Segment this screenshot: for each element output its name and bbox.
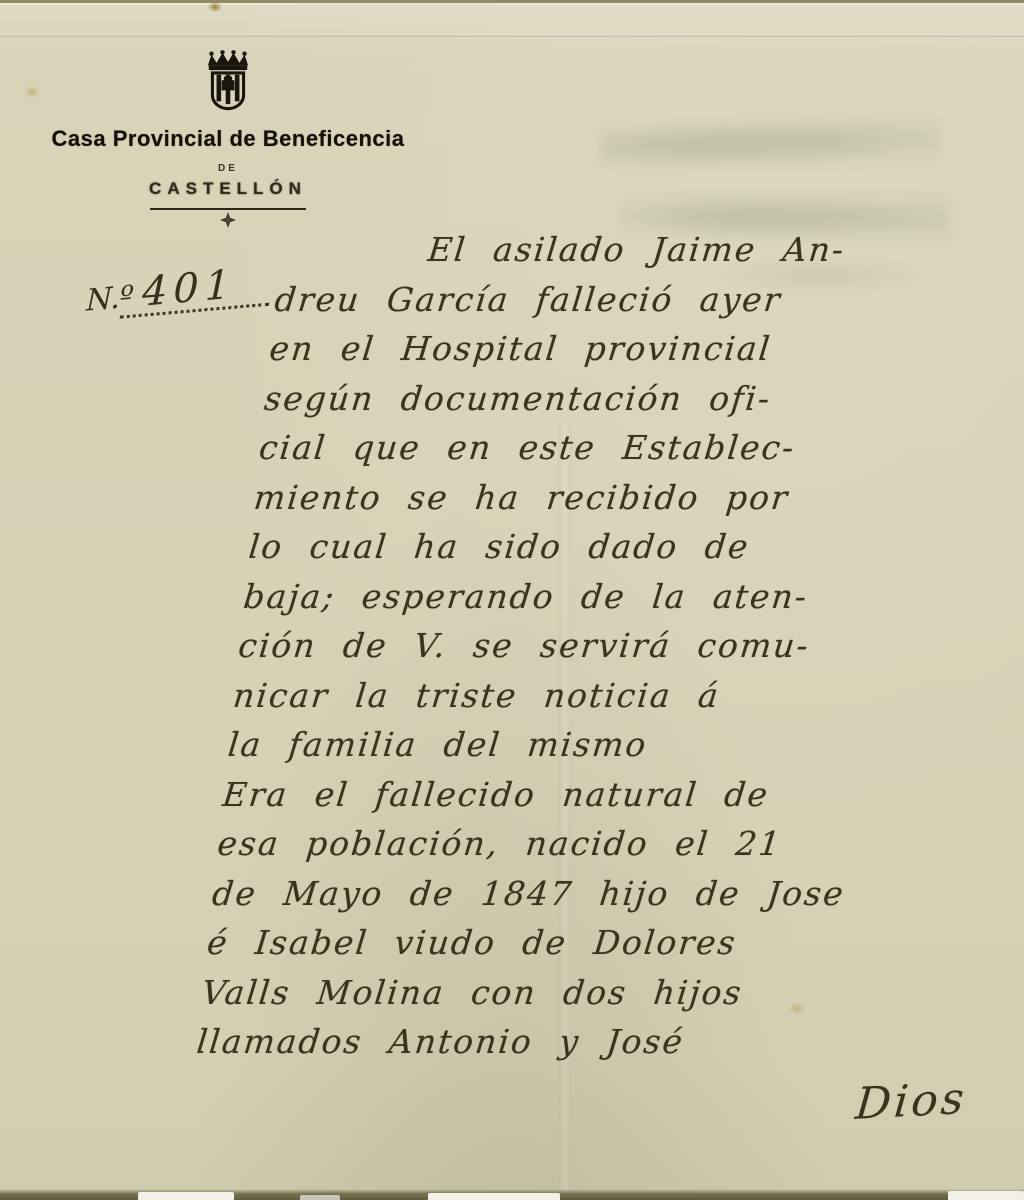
handwritten-line: ción de V. se servirá comu- — [235, 626, 1024, 676]
signature: Dios — [853, 1073, 969, 1130]
handwritten-line: llamados Antonio y José — [194, 1022, 985, 1072]
horizontal-fold-crease — [0, 34, 1024, 37]
handwritten-line: según documentación ofi- — [261, 379, 1024, 429]
handwritten-line: Valls Molina con dos hijos — [199, 973, 990, 1023]
org-connector: DE — [30, 163, 426, 174]
scan-edge-highlight — [300, 1195, 340, 1200]
reference-number-label: N.º — [86, 279, 134, 318]
castellon-crest-icon — [200, 50, 256, 116]
handwritten-line: de Mayo de 1847 hijo de Jose — [209, 874, 1000, 924]
handwritten-line: esa población, nacido el 21 — [215, 824, 1006, 874]
document-page: { "page": { "kind": "scanned handwritten… — [0, 0, 1024, 1200]
handwritten-line: la familia del mismo — [225, 725, 1016, 775]
scan-edge-highlight — [948, 1191, 1024, 1200]
org-city: CASTELLÓN — [30, 179, 426, 199]
org-name: Casa Provincial de Beneficencia — [30, 126, 426, 152]
handwritten-line: baja; esperando de la aten- — [241, 577, 1024, 627]
scan-edge-top — [0, 0, 1024, 6]
handwritten-body: El asilado Jaime An- dreu García falleci… — [194, 230, 1024, 1072]
letterhead-rule — [30, 208, 426, 228]
handwritten-line: é Isabel viudo de Dolores — [204, 923, 995, 973]
handwritten-line: cial que en este Establec- — [256, 428, 1024, 478]
handwritten-line: lo cual ha sido dado de — [246, 527, 1024, 577]
handwritten-line: dreu García falleció ayer — [272, 280, 1024, 330]
letterhead: Casa Provincial de Beneficencia DE CASTE… — [30, 50, 426, 228]
fleuron-icon — [220, 212, 236, 228]
handwritten-line: El asilado Jaime An- — [277, 230, 1024, 280]
handwritten-line: miento se ha recibido por — [251, 478, 1024, 528]
handwritten-line: nicar la triste noticia á — [230, 676, 1021, 726]
scan-edge-bottom — [0, 1189, 1024, 1200]
scan-edge-highlight — [138, 1192, 234, 1200]
handwritten-line: en el Hospital provincial — [267, 329, 1024, 379]
scan-edge-highlight — [428, 1193, 560, 1200]
handwritten-line: Era el fallecido natural de — [220, 775, 1011, 825]
